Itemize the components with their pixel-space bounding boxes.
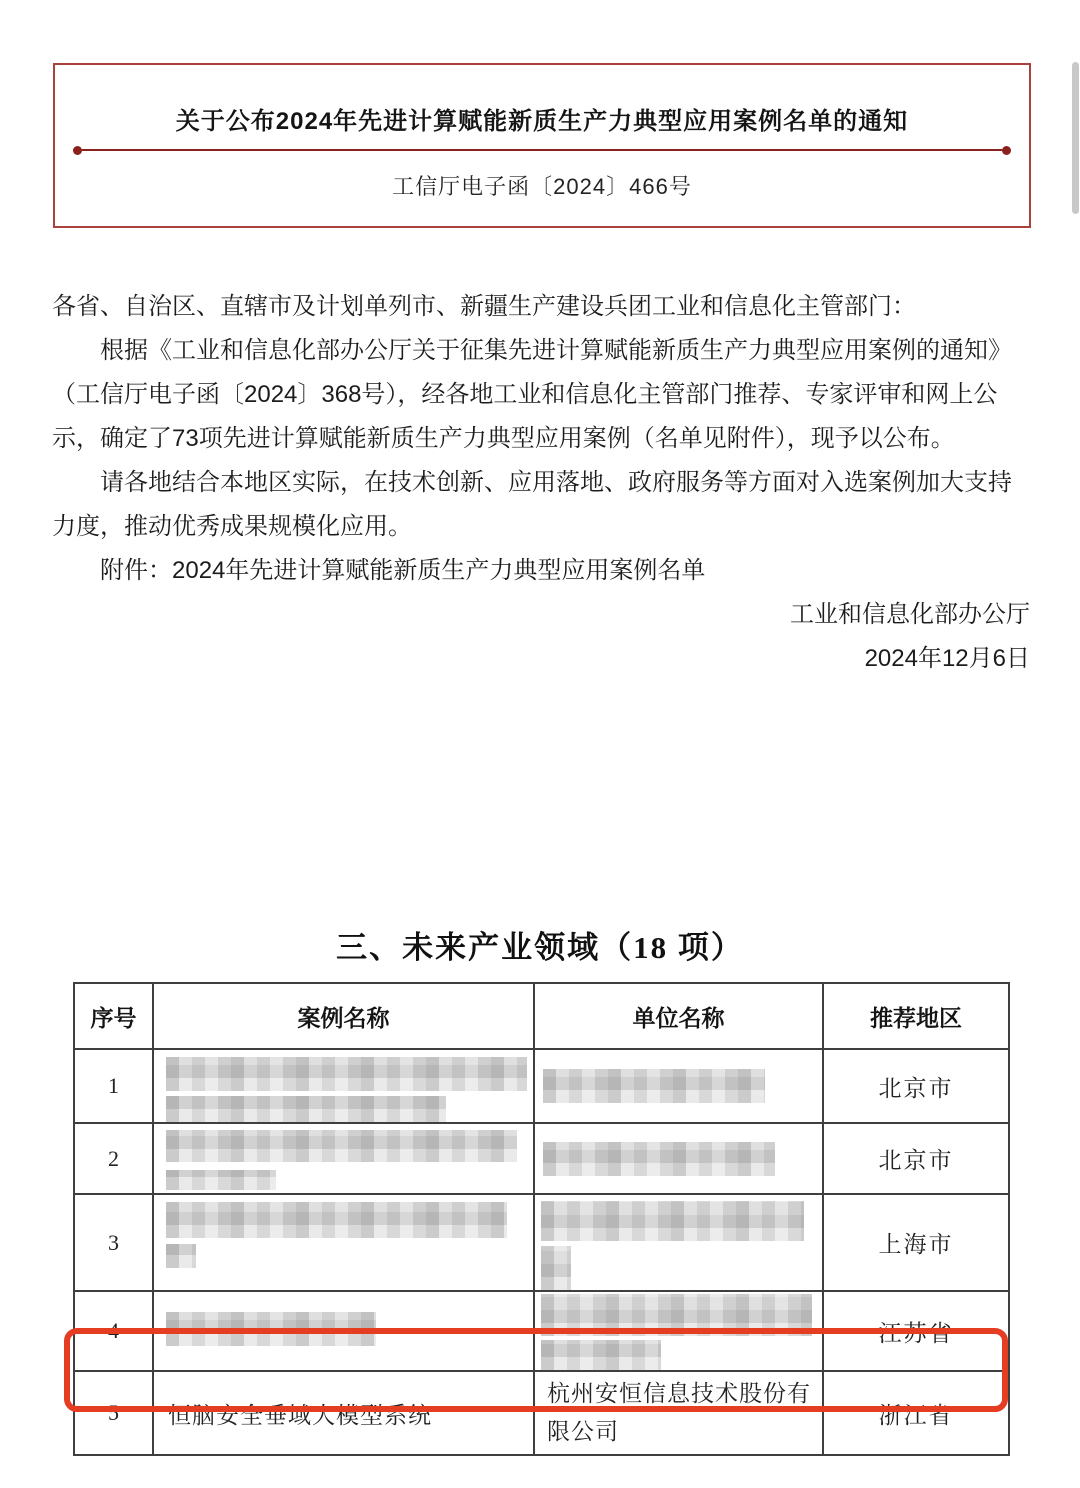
divider-line (82, 149, 1002, 151)
issuer-signature: 工业和信息化部办公厅 (52, 593, 1030, 637)
salutation: 各省、自治区、直辖市及计划单列市、新疆生产建设兵团工业和信息化主管部门： (52, 285, 1030, 329)
attachment-line: 附件：2024年先进计算赋能新质生产力典型应用案例名单 (52, 549, 1030, 593)
row3-org-redacted (534, 1194, 823, 1291)
row5-org-name: 杭州安恒信息技术股份有限公司 (534, 1371, 823, 1455)
title-divider (73, 145, 1011, 155)
row2-case-redacted (153, 1123, 534, 1194)
paragraph-request: 请各地结合本地区实际，在技术创新、应用落地、政府服务等方面对入选案例加大支持力度… (52, 461, 1030, 549)
redaction-mosaic (166, 1096, 446, 1122)
notice-title: 关于公布2024年先进计算赋能新质生产力典型应用案例名单的通知 (55, 101, 1029, 136)
row3-region: 上海市 (823, 1194, 1009, 1291)
col-header-org-name: 单位名称 (534, 983, 823, 1049)
notice-header-box: 关于公布2024年先进计算赋能新质生产力典型应用案例名单的通知 工信厅电子函〔2… (53, 63, 1031, 228)
section-heading: 三、未来产业领域（18 项） (0, 925, 1080, 971)
document-page: 关于公布2024年先进计算赋能新质生产力典型应用案例名单的通知 工信厅电子函〔2… (0, 0, 1080, 1488)
row1-seq: 1 (74, 1049, 153, 1123)
redaction-mosaic (166, 1130, 517, 1162)
row4-case-redacted (153, 1291, 534, 1371)
row2-region: 北京市 (823, 1123, 1009, 1194)
divider-dot-left (73, 146, 82, 155)
redaction-mosaic (543, 1142, 775, 1176)
divider-dot-right (1002, 146, 1011, 155)
row5-seq: 5 (74, 1371, 153, 1455)
row4-org-redacted (534, 1291, 823, 1371)
redaction-mosaic (166, 1057, 527, 1091)
scrollbar-thumb[interactable] (1072, 62, 1079, 214)
table-row-1: 1 北京市 (74, 1049, 1009, 1123)
row5-region: 浙江省 (823, 1371, 1009, 1455)
row1-region: 北京市 (823, 1049, 1009, 1123)
row5-case-name: 恒脑安全垂域大模型系统 (153, 1371, 534, 1455)
row3-seq: 3 (74, 1194, 153, 1291)
redaction-mosaic (166, 1202, 507, 1238)
notice-body: 各省、自治区、直辖市及计划单列市、新疆生产建设兵团工业和信息化主管部门： 根据《… (52, 285, 1030, 681)
col-header-seq: 序号 (74, 983, 153, 1049)
table-row-3: 3 上海市 (74, 1194, 1009, 1291)
redaction-mosaic (541, 1201, 804, 1241)
table-row-4: 4 江苏省 (74, 1291, 1009, 1371)
row2-seq: 2 (74, 1123, 153, 1194)
row2-org-redacted (534, 1123, 823, 1194)
table-header-row: 序号 案例名称 单位名称 推荐地区 (74, 983, 1009, 1049)
issue-date: 2024年12月6日 (52, 637, 1030, 681)
paragraph-basis: 根据《工业和信息化部办公厅关于征集先进计算赋能新质生产力典型应用案例的通知》（工… (52, 329, 1030, 461)
table-row-5-highlighted: 5 恒脑安全垂域大模型系统 杭州安恒信息技术股份有限公司 浙江省 (74, 1371, 1009, 1455)
case-table: 序号 案例名称 单位名称 推荐地区 1 北京市 2 (73, 982, 1010, 1456)
row4-seq: 4 (74, 1291, 153, 1371)
redaction-mosaic (166, 1312, 376, 1346)
row1-case-redacted (153, 1049, 534, 1123)
doc-number: 工信厅电子函〔2024〕466号 (55, 170, 1029, 201)
row1-org-redacted (534, 1049, 823, 1123)
redaction-mosaic (166, 1244, 196, 1268)
redaction-mosaic (543, 1069, 765, 1103)
row3-case-redacted (153, 1194, 534, 1291)
col-header-region: 推荐地区 (823, 983, 1009, 1049)
redaction-mosaic (541, 1294, 812, 1336)
redaction-mosaic (541, 1246, 571, 1290)
redaction-mosaic (166, 1170, 276, 1190)
col-header-case-name: 案例名称 (153, 983, 534, 1049)
table-row-2: 2 北京市 (74, 1123, 1009, 1194)
row4-region: 江苏省 (823, 1291, 1009, 1371)
redaction-mosaic (541, 1340, 661, 1370)
